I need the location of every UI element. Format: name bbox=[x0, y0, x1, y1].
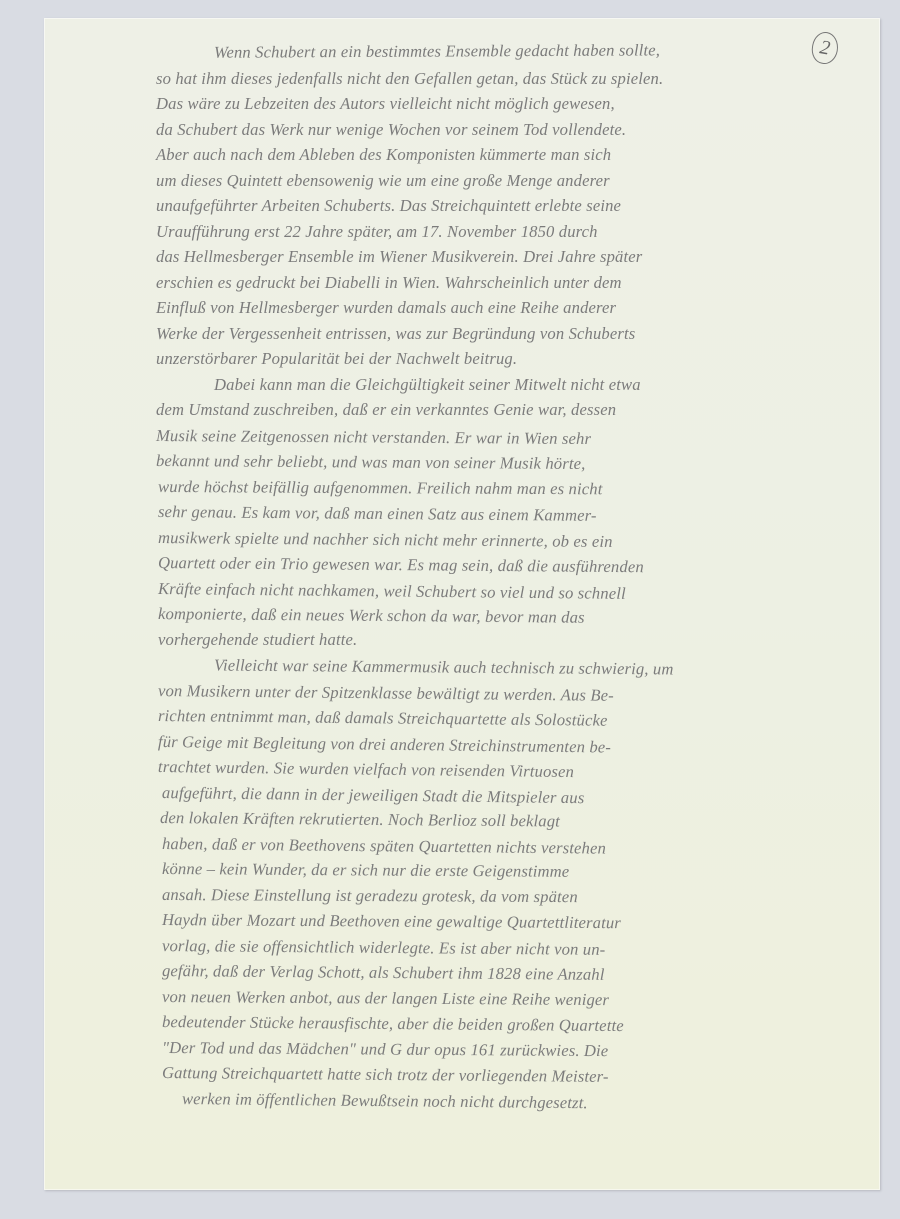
paragraph-3: Vielleicht war seine Kammermusik auch te… bbox=[162, 652, 812, 1111]
text-line: Wenn Schubert an ein bestimmtes Ensemble… bbox=[162, 37, 812, 66]
text-line: unaufgeführter Arbeiten Schuberts. Das S… bbox=[156, 193, 812, 219]
text-line: um dieses Quintett ebensowenig wie um ei… bbox=[156, 168, 812, 194]
text-line: so hat ihm dieses jedenfalls nicht den G… bbox=[156, 66, 812, 92]
paragraph-2: Dabei kann man die Gleichgültigkeit sein… bbox=[162, 372, 812, 653]
text-line: unzerstörbarer Popularität bei der Nachw… bbox=[156, 346, 812, 372]
text-line: Dabei kann man die Gleichgültigkeit sein… bbox=[162, 372, 812, 398]
text-line: da Schubert das Werk nur wenige Wochen v… bbox=[156, 117, 812, 143]
paragraph-1: Wenn Schubert an ein bestimmtes Ensemble… bbox=[162, 40, 812, 372]
text-line: ansah. Diese Einstellung ist geradezu gr… bbox=[162, 882, 812, 911]
text-line: wurde höchst beifällig aufgenommen. Frei… bbox=[158, 474, 812, 503]
text-line: das Hellmesberger Ensemble im Wiener Mus… bbox=[156, 244, 812, 270]
handwritten-text-body: Wenn Schubert an ein bestimmtes Ensemble… bbox=[162, 40, 812, 1111]
text-line: Haydn über Mozart und Beethoven eine gew… bbox=[162, 907, 812, 937]
page-number-circled: 2 bbox=[809, 30, 840, 66]
text-line: erschien es gedruckt bei Diabelli in Wie… bbox=[156, 270, 812, 296]
text-line: Aber auch nach dem Ableben des Komponist… bbox=[156, 142, 812, 168]
text-line: Das wäre zu Lebzeiten des Autors viellei… bbox=[156, 91, 812, 117]
text-line: dem Umstand zuschreiben, daß er ein verk… bbox=[156, 397, 812, 423]
manuscript-page: 2 Wenn Schubert an ein bestimmtes Ensemb… bbox=[44, 18, 880, 1190]
text-line: Uraufführung erst 22 Jahre später, am 17… bbox=[156, 219, 812, 245]
text-line: Einfluß von Hellmesberger wurden damals … bbox=[156, 295, 812, 321]
text-line: Werke der Vergessenheit entrissen, was z… bbox=[156, 321, 812, 347]
